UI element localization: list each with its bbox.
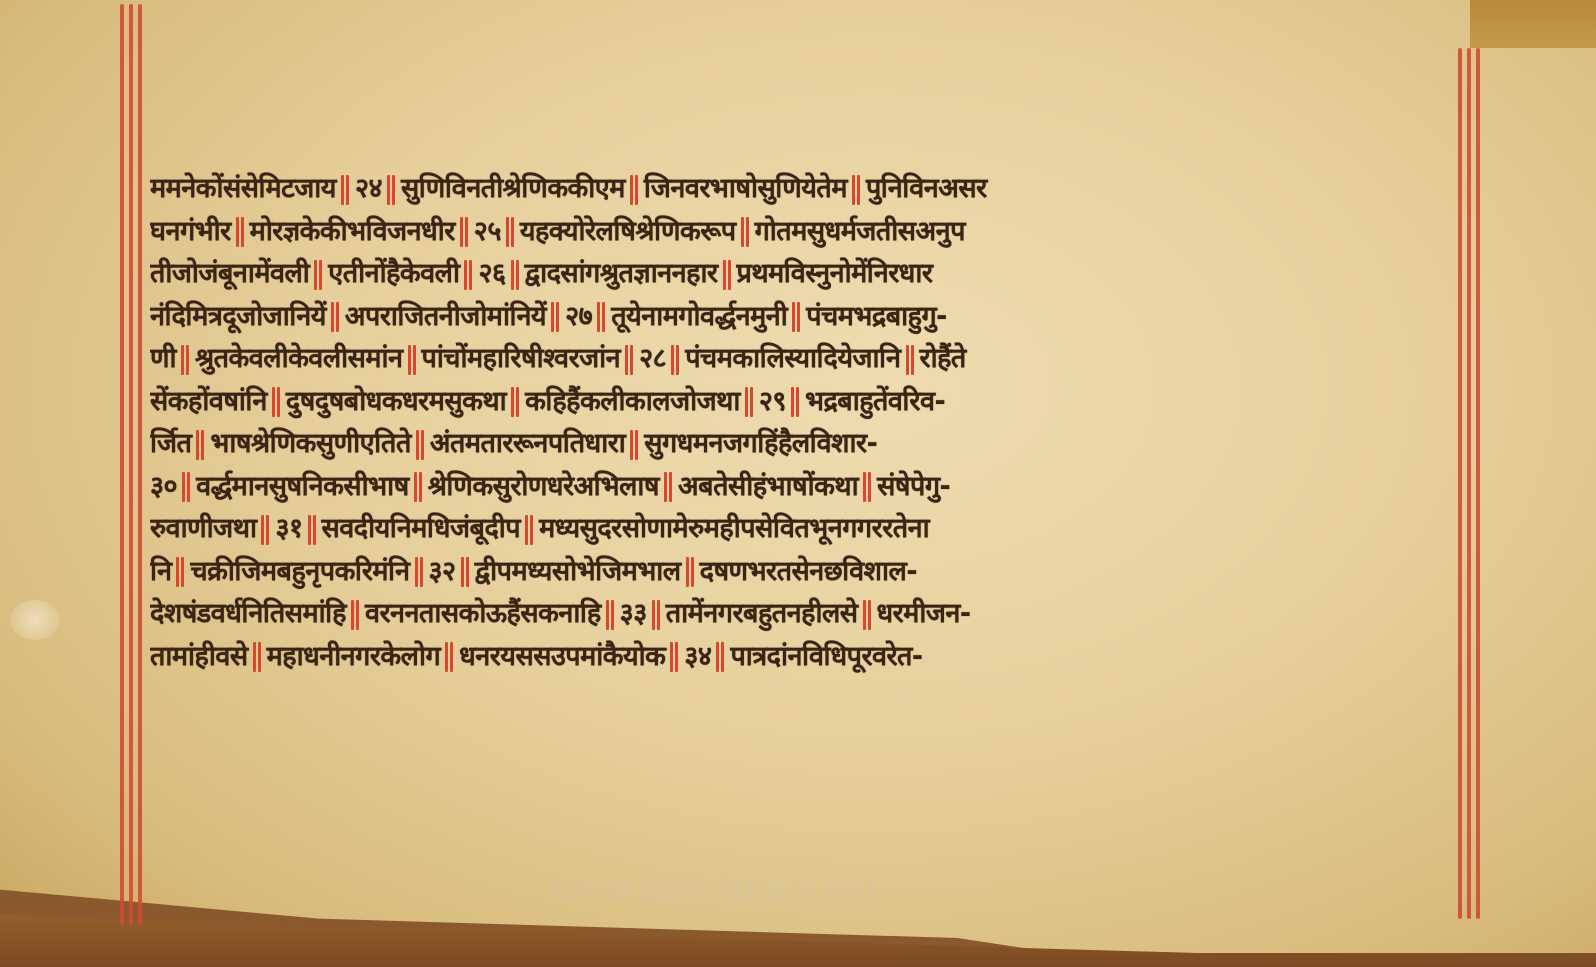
red-verse-marker — [852, 175, 861, 205]
text-segment: सेंकहोंवषांनि — [150, 386, 267, 417]
text-segment: एतीनोंहैकेवली — [328, 258, 459, 289]
manuscript-line: णीश्रुतकेवलीकेवलीसमांनपांचोंमहारिषीश्वरज… — [150, 338, 1450, 381]
text-segment: चक्रीजिमबहुनृपकरिमंनि — [190, 556, 409, 587]
text-segment: श्रुतकेवलीकेवलीसमांन — [195, 343, 402, 374]
text-segment: द्वीपमध्यसोभेजिमभाल — [475, 556, 681, 587]
red-verse-marker — [181, 345, 190, 375]
manuscript-text-block: ममनेकोंसंसेमिटजाय२४सुणिविनतीश्रेणिककीएमज… — [150, 168, 1450, 678]
manuscript-line: र्जितभाषश्रेणिकसुणीएतितेअंतमताररूनपतिधार… — [150, 423, 1450, 466]
verse-number: ३० — [150, 471, 177, 502]
red-verse-marker — [272, 387, 281, 417]
red-verse-marker — [630, 430, 639, 460]
text-segment: सुणिविनतीश्रेणिककीएम — [401, 173, 625, 204]
red-verse-marker — [716, 642, 725, 672]
text-segment: अंतमताररूनपतिधारा — [430, 428, 625, 459]
red-verse-marker — [387, 175, 396, 205]
text-segment: रुवाणीजथा — [150, 513, 256, 544]
text-segment: संषेपेगु- — [877, 471, 950, 502]
text-segment: भद्रबाहुतेंवरिव- — [805, 386, 945, 417]
red-verse-marker — [351, 600, 360, 630]
text-segment: महाधनीनगरकेलोग — [267, 641, 441, 672]
right-margin-rule — [1458, 48, 1488, 919]
red-verse-marker — [723, 260, 732, 290]
red-verse-marker — [597, 302, 606, 332]
manuscript-line: निचक्रीजिमबहुनृपकरिमंनि३२द्वीपमध्यसोभेजि… — [150, 551, 1450, 594]
manuscript-line: ३०वर्द्धमानसुषनिकसीभाषश्रेणिकसुरोणधरेअभि… — [150, 466, 1450, 509]
text-segment: द्वादसांगश्रुतज्ञाननहार — [525, 258, 718, 289]
red-verse-marker — [863, 472, 872, 502]
manuscript-line: तामांहीवसेमहाधनीनगरकेलोगधनरयससउपमांकैयोक… — [150, 636, 1450, 679]
text-segment: दुषदुषबोधकधरमसुकथा — [286, 386, 506, 417]
red-verse-marker — [176, 557, 185, 587]
text-segment: अपराजितनीजोमांनियें — [345, 301, 546, 332]
text-segment: तूयेनामगोवर्द्धनमुनी — [611, 301, 787, 332]
verse-number: २८ — [639, 343, 666, 374]
text-segment: मध्यसुदरसोणामेरुमहीपसेवितभूनगगररतेना — [539, 513, 929, 544]
verse-number: ३३ — [620, 598, 647, 629]
red-verse-marker — [670, 642, 679, 672]
red-verse-marker — [506, 217, 515, 247]
red-verse-marker — [408, 345, 417, 375]
verse-number: २५ — [474, 216, 501, 247]
verse-number: २४ — [355, 173, 382, 204]
text-segment: पंचमभद्रबाहुगु- — [806, 301, 947, 332]
verse-number: २७ — [565, 301, 592, 332]
text-segment: पंचमकालिस्यादियेजानि — [685, 343, 900, 374]
red-verse-marker — [415, 557, 424, 587]
text-segment: यहक्योरेलषिश्रेणिकरूप — [520, 216, 736, 247]
text-segment: तामेंनगरबहुतनहीलसे — [666, 598, 858, 629]
text-segment: धरमीजन- — [877, 598, 971, 629]
red-verse-marker — [630, 175, 639, 205]
text-segment: अबतेसीहंभाषोंकथा — [678, 471, 858, 502]
red-verse-marker — [236, 217, 245, 247]
manuscript-line: सेंकहोंवषांनिदुषदुषबोधकधरमसुकथाकहिहैंकली… — [150, 381, 1450, 424]
red-verse-marker — [664, 472, 673, 502]
verse-number: २९ — [759, 386, 786, 417]
folio-edge-shadow — [1470, 0, 1596, 48]
red-verse-marker — [792, 302, 801, 332]
text-segment: तामांहीवसे — [150, 641, 248, 672]
text-segment: रोहैंते — [920, 343, 966, 374]
red-verse-marker — [414, 472, 423, 502]
manuscript-line: देशषंडवर्धनितिसमांहिवरननतासकोऊहैंसकनाहि३… — [150, 593, 1450, 636]
red-verse-marker — [652, 600, 661, 630]
red-verse-marker — [331, 302, 340, 332]
paper-stain — [10, 600, 60, 640]
red-verse-marker — [551, 302, 560, 332]
red-verse-marker — [314, 260, 323, 290]
red-verse-marker — [671, 345, 680, 375]
red-verse-marker — [253, 642, 262, 672]
text-segment: पांचोंमहारिषीश्वरजांन — [422, 343, 621, 374]
text-segment: श्रेणिकसुरोणधरेअभिलाष — [428, 471, 659, 502]
text-segment: सुगधमनजगहिंहैलविशार- — [644, 428, 877, 459]
red-verse-marker — [525, 515, 534, 545]
verse-number: ३२ — [429, 556, 456, 587]
text-segment: गोतमसुधर्मजतीसअनुप — [755, 216, 965, 247]
red-verse-marker — [625, 345, 634, 375]
text-segment: पात्रदांनविधिपूरवरेत- — [730, 641, 922, 672]
red-verse-marker — [416, 430, 425, 460]
text-segment: धनरयससउपमांकैयोक — [459, 641, 665, 672]
verse-number: ३१ — [275, 513, 302, 544]
red-verse-marker — [461, 557, 470, 587]
text-segment: वरननतासकोऊहैंसकनाहि — [365, 598, 601, 629]
text-segment: प्रथमविस्नुनोमेंनिरधार — [737, 258, 933, 289]
red-verse-marker — [686, 557, 695, 587]
red-verse-marker — [511, 260, 520, 290]
red-verse-marker — [464, 260, 473, 290]
red-verse-marker — [445, 642, 454, 672]
text-segment: देशषंडवर्धनितिसमांहि — [150, 598, 346, 629]
red-verse-marker — [460, 217, 469, 247]
red-verse-marker — [261, 515, 270, 545]
text-segment: घनगंभीर — [150, 216, 231, 247]
manuscript-line: रुवाणीजथा३१सवदीयनिमधिजंबूदीपमध्यसुदरसोणा… — [150, 508, 1450, 551]
manuscript-line: घनगंभीरमोरज्ञकेकीभविजनधीर२५यहक्योरेलषिश्… — [150, 211, 1450, 254]
red-verse-marker — [511, 387, 520, 417]
red-verse-marker — [182, 472, 191, 502]
red-verse-marker — [341, 175, 350, 205]
verse-number: २६ — [478, 258, 505, 289]
text-segment: सवदीयनिमधिजंबूदीप — [322, 513, 521, 544]
red-verse-marker — [606, 600, 615, 630]
red-verse-marker — [863, 600, 872, 630]
red-verse-marker — [741, 217, 750, 247]
watermark: www.jainelibrary.org — [555, 870, 877, 909]
verse-number: ३४ — [684, 641, 711, 672]
text-segment: पुनिविनअसर — [866, 173, 987, 204]
manuscript-line: ममनेकोंसंसेमिटजाय२४सुणिविनतीश्रेणिककीएमज… — [150, 168, 1450, 211]
red-verse-marker — [791, 387, 800, 417]
text-segment: र्जित — [150, 428, 191, 459]
text-segment: ममनेकोंसंसेमिटजाय — [150, 173, 336, 204]
red-verse-marker — [308, 515, 317, 545]
text-segment: भाषश्रेणिकसुणीएतिते — [210, 428, 410, 459]
text-segment: नि — [150, 556, 171, 587]
text-segment: णी — [150, 343, 176, 374]
text-segment: तीजोजंबूनामेंवली — [150, 258, 309, 289]
text-segment: नंदिमित्रदूजोजानियें — [150, 301, 326, 332]
text-segment: मोरज्ञकेकीभविजनधीर — [250, 216, 455, 247]
text-segment: जिनवरभाषोसुणियेतेम — [644, 173, 847, 204]
text-segment: वर्द्धमानसुषनिकसीभाष — [196, 471, 409, 502]
red-verse-marker — [906, 345, 915, 375]
text-segment: कहिहैंकलीकालजोजथा — [525, 386, 740, 417]
text-segment: दषणभरतसेनछविशाल- — [700, 556, 917, 587]
manuscript-line: तीजोजंबूनामेंवलीएतीनोंहैकेवली२६द्वादसांग… — [150, 253, 1450, 296]
red-verse-marker — [745, 387, 754, 417]
manuscript-line: नंदिमित्रदूजोजानियेंअपराजितनीजोमांनियें२… — [150, 296, 1450, 339]
red-verse-marker — [196, 430, 205, 460]
left-margin-rule — [120, 4, 150, 925]
